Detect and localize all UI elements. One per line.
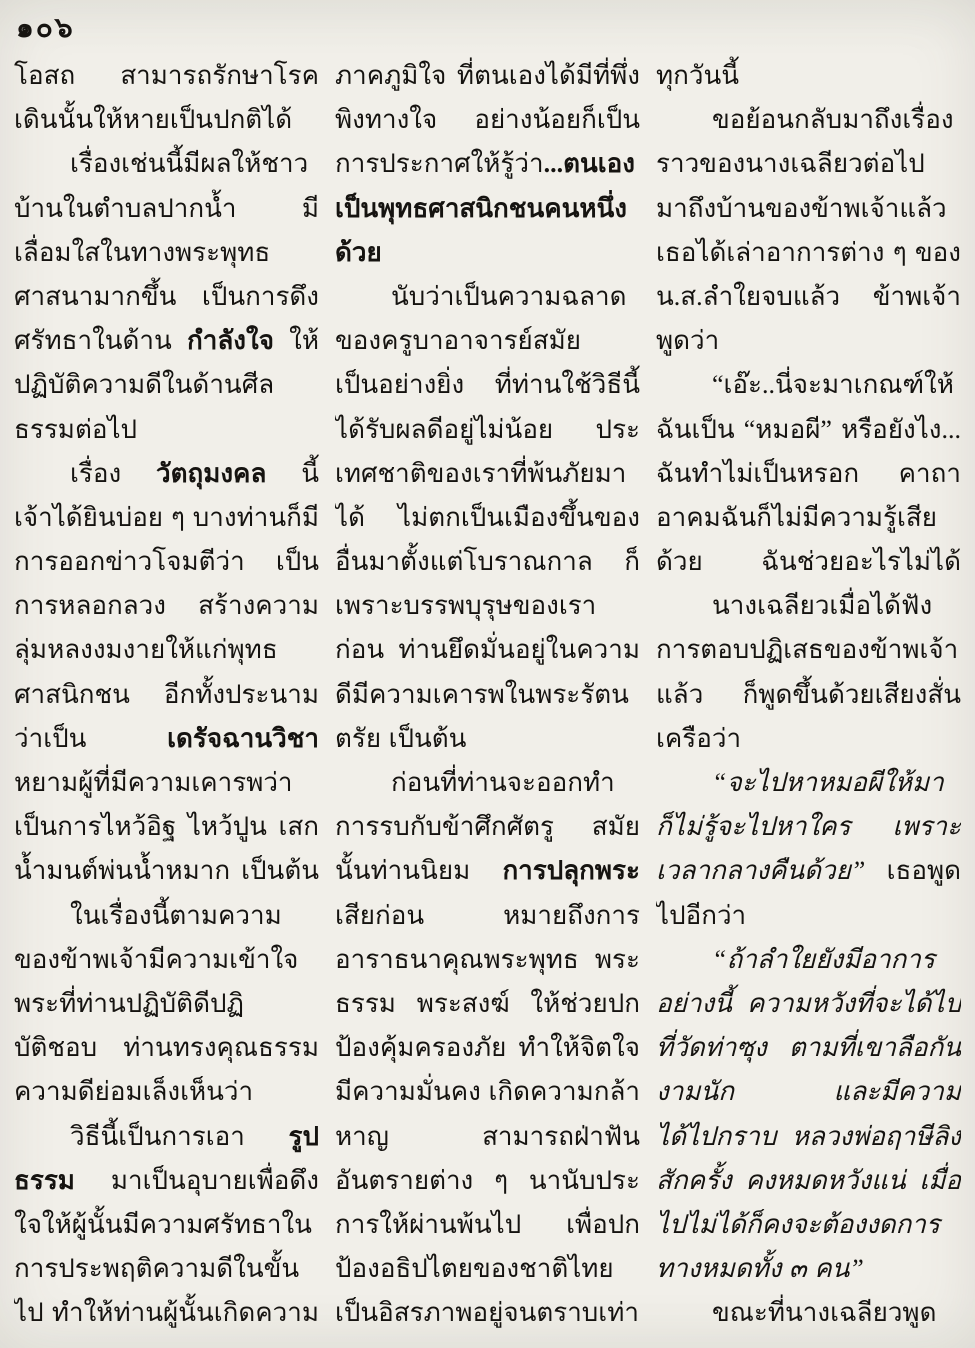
body-text: ตรัย เป็นต้น (335, 724, 466, 753)
text-line: ฉันเป็น “หมอผี” หรือยังไง... (656, 408, 961, 452)
body-text: การประกาศให้รู้ว่า (335, 149, 544, 178)
body-text: การหลอกลวง สร้างความ (14, 591, 319, 620)
body-text: ในเรื่องนี้ตามความเห็น (70, 901, 282, 938)
body-text: ธรรม พระสงฆ์ ให้ช่วยปก (335, 989, 640, 1018)
text-line: “ถ้าลำใยยังมีอาการอยู่ (656, 938, 961, 982)
body-text: ปฏิบัติความดีในด้านศีล (14, 370, 274, 399)
body-text: เธอได้เล่าอาการต่าง ๆ ของ (656, 238, 961, 267)
text-line: โอสถ สามารถรักษาโรคท้อง (14, 54, 319, 98)
quote-text: สักครั้ง คงหมดหวังแน่ เมื่อลำใย (656, 1166, 961, 1203)
body-text: นางเฉลียวเมื่อได้ฟัง (712, 591, 932, 620)
body-text: การรบกับข้าศึกศัตรู สมัย (335, 812, 640, 841)
text-line: เจ้าได้ยินบ่อย ๆ บางท่านก็มี (14, 496, 319, 540)
text-line: ไปอีกว่า (656, 894, 961, 938)
body-text: เสียก่อน หมายถึงการ (335, 901, 640, 930)
body-text: ไปอีกว่า (656, 901, 746, 930)
text-line: “เอ๊ะ..นี่จะมาเกณฑ์ให้ (656, 363, 961, 407)
body-text: การออกข่าวโจมตีว่า เป็น (14, 547, 319, 576)
body-text: การให้ผ่านพ้นไป เพื่อปก (335, 1210, 640, 1239)
text-line: ฉันทำไม่เป็นหรอก คาถา (656, 452, 961, 496)
body-text: มีความมั่นคง เกิดความกล้า (335, 1077, 640, 1106)
body-text: ภาคภูมิใจ ที่ตนเองได้มีที่พึ่ง (335, 61, 640, 90)
body-text: อันตรายต่าง ๆ นานับประ (335, 1166, 640, 1195)
text-line: เดินนั้นให้หายเป็นปกติได้ (14, 98, 319, 142)
text-line: ศรัทธาในด้าน กำลังใจ ให้รู้จัก (14, 319, 319, 363)
text-line: มีความมั่นคง เกิดความกล้า (335, 1070, 640, 1114)
text-line: การตอบปฏิเสธของข้าพเจ้า (656, 628, 961, 672)
quote-text: งามนัก และมีความปรารถนาจะ (656, 1077, 961, 1114)
text-line: ของครูบาอาจารย์สมัยโบราณ (335, 319, 640, 363)
text-line: น้ำมนต์พ่นน้ำหมาก เป็นต้น (14, 849, 319, 893)
text-line: น.ส.ลำใยจบแล้ว ข้าพเจ้าจึง (656, 275, 961, 319)
body-text: หาญ สามารถฝ่าฟันอุปสรรค (335, 1122, 640, 1159)
body-text: พูดว่า (656, 326, 719, 355)
body-text: ความดีย่อมเล็งเห็นว่า (14, 1077, 253, 1106)
text-line: แล้ว ก็พูดขึ้นด้วยเสียงสั่น (656, 673, 961, 717)
text-line: เพราะบรรพบุรุษของเราสมัย (335, 584, 640, 628)
quote-text: ทางหมดทั้ง ๓ คน” (656, 1254, 864, 1283)
body-text: โอสถ สามารถรักษาโรคท้อง (14, 61, 319, 98)
body-text: การประพฤติความดีในขั้นต่อ (14, 1254, 299, 1291)
body-text: เป็นการไหว้อิฐ ไหว้ปูน เสก (14, 812, 319, 841)
text-line: ด้วย ฉันช่วยอะไรไม่ได้หรอก” (656, 540, 961, 584)
text-line: ภาคภูมิใจ ที่ตนเองได้มีที่พึ่ง (335, 54, 640, 98)
emphasis-text: เดรัจฉานวิชา (167, 724, 319, 753)
text-line: ในเรื่องนี้ตามความเห็น (14, 894, 319, 938)
body-text: ราวของนางเฉลียวต่อไป เมื่อ (656, 149, 925, 186)
text-line: ก่อนที่ท่านจะออกทำ (335, 761, 640, 805)
emphasis-text: ด้วย (335, 238, 382, 267)
body-text: ก่อนที่ท่านจะออกทำ (391, 768, 615, 797)
body-text: ศรัทธาในด้าน (14, 326, 187, 355)
text-line: สักครั้ง คงหมดหวังแน่ เมื่อลำใย (656, 1159, 961, 1203)
body-text: เป็นอิสรภาพอยู่จนตราบเท่า (335, 1298, 639, 1327)
text-line: วิธีนี้เป็นการเอา รูป (14, 1115, 319, 1159)
body-text: ป้องอธิปไตยของชาติไทย ให้ (335, 1254, 614, 1291)
text-line: เป็นการไหว้อิฐ ไหว้ปูน เสก (14, 805, 319, 849)
text-line: หยามผู้ที่มีความเคารพว่า (14, 761, 319, 805)
text-line: การประพฤติความดีในขั้นต่อ (14, 1247, 319, 1291)
emphasis-text: เป็นพุทธศาสนิกชนคนหนึ่ง (335, 194, 627, 223)
body-text: ขอย้อนกลับมาถึงเรื่อง (712, 105, 954, 134)
body-text: นั้นท่านนิยม (335, 856, 502, 885)
body-text: วิธีนี้เป็นการเอา (70, 1122, 289, 1151)
body-text: พิงทางใจ อย่างน้อยก็เป็น (335, 105, 640, 134)
body-text: “เอ๊ะ..นี่จะมาเกณฑ์ให้ (712, 370, 954, 399)
text-column-1: โอสถ สามารถรักษาโรคท้องเดินนั้นให้หายเป็… (14, 54, 319, 1335)
emphasis-text: การปลุกพระ (502, 856, 640, 885)
emphasis-text: รูป (289, 1122, 319, 1151)
body-text: เทศชาติของเราที่พ้นภัยมา (335, 459, 626, 488)
body-text: ของข้าพเจ้ามีความเข้าใจว่า (14, 945, 298, 982)
quote-text: ได้ไปกราบ หลวงพ่อฤาษีลิงดำ (656, 1122, 961, 1159)
text-line: ก่อน ท่านยึดมั่นอยู่ในความ (335, 628, 640, 672)
body-text: เพราะบรรพบุรุษของเราสมัย (335, 591, 596, 628)
text-line: ไปไม่ได้ก็คงจะต้องงดการเดิน (656, 1203, 961, 1247)
quote-text: “จะไปหาหมอผีให้มาไล่ (712, 768, 944, 805)
text-line: ขอย้อนกลับมาถึงเรื่อง (656, 98, 961, 142)
body-text: ก่อน ท่านยึดมั่นอยู่ในความ (335, 635, 640, 664)
quote-text: เวลากลางคืนด้วย” (656, 856, 865, 885)
body-text: เจ้าได้ยินบ่อย ๆ บางท่านก็มี (14, 503, 319, 532)
text-line: ที่วัดท่าซุง ตามที่เขาลือกันว่าสวย (656, 1026, 961, 1070)
text-line: ด้วย (335, 231, 640, 275)
text-line: ธรรมต่อไป (14, 408, 319, 452)
text-line: พูดว่า (656, 319, 961, 363)
text-line: มาถึงบ้านของข้าพเจ้าแล้ว (656, 187, 961, 231)
body-text: อาคมฉันก็ไม่มีความรู้เสีย (656, 503, 937, 532)
text-line: การออกข่าวโจมตีว่า เป็น (14, 540, 319, 584)
body-text: ทุกวันนี้ (656, 61, 739, 90)
quote-text: “ถ้าลำใยยังมีอาการอยู่ (712, 945, 935, 982)
text-line: เสียก่อน หมายถึงการ (335, 894, 640, 938)
body-text: ลุ่มหลงงมงายให้แก่พุทธ (14, 635, 278, 664)
text-line: ได้ไปกราบ หลวงพ่อฤาษีลิงดำ (656, 1115, 961, 1159)
text-line: ป้องคุ้มครองภัย ทำให้จิตใจ (335, 1026, 640, 1070)
text-line: พระที่ท่านปฏิบัติดีปฏิ (14, 982, 319, 1026)
quote-text: อย่างนี้ ความหวังที่จะได้ไปเห็น (656, 989, 961, 1026)
text-line: เป็นอิสรภาพอยู่จนตราบเท่า (335, 1291, 640, 1335)
text-line: เธอได้เล่าอาการต่าง ๆ ของ (656, 231, 961, 275)
body-text: เครือว่า (656, 724, 741, 753)
scanned-book-page: ๑๐๖ โอสถ สามารถรักษาโรคท้องเดินนั้นให้หา… (0, 0, 975, 1348)
text-line: ปฏิบัติความดีในด้านศีล (14, 363, 319, 407)
text-line: เวลากลางคืนด้วย” เธอพูดต่อ (656, 849, 961, 893)
body-text: ไป ทำให้ท่านผู้นั้นเกิดความ (14, 1298, 319, 1327)
text-line: พิงทางใจ อย่างน้อยก็เป็น (335, 98, 640, 142)
body-text: ศาสนามากขึ้น เป็นการดึง (14, 282, 319, 311)
body-text: ได้รับผลดีอยู่ไม่น้อย ประ (335, 415, 640, 444)
body-text: ได้ ไม่ตกเป็นเมืองขึ้นของชาติ (335, 503, 640, 540)
text-line: อันตรายต่าง ๆ นานับประ (335, 1159, 640, 1203)
text-line: ความดีย่อมเล็งเห็นว่า (14, 1070, 319, 1114)
text-column-2: ภาคภูมิใจ ที่ตนเองได้มีที่พึ่งพิงทางใจ อ… (335, 54, 640, 1335)
body-text: อาราธนาคุณพระพุทธ พระ (335, 945, 640, 974)
body-text: ของครูบาอาจารย์สมัยโบราณ (335, 326, 581, 363)
body-text: ว่าเป็น (14, 724, 167, 753)
text-line: ก็ไม่รู้จะไปหาใคร เพราะเป็น (656, 805, 961, 849)
body-text: น้ำมนต์พ่นน้ำหมาก เป็นต้น (14, 856, 319, 885)
quote-text: ไปไม่ได้ก็คงจะต้องงดการเดิน (656, 1210, 940, 1247)
text-line: นับว่าเป็นความฉลาด (335, 275, 640, 319)
body-text: ด้วย ฉันช่วยอะไรไม่ได้หรอก” (656, 547, 961, 584)
body-text: บ้านในตำบลปากน้ำ มีความ (14, 194, 319, 231)
text-line: ทางหมดทั้ง ๓ คน” (656, 1247, 961, 1291)
text-line: “จะไปหาหมอผีให้มาไล่ (656, 761, 961, 805)
text-line: การประกาศให้รู้ว่า...ตนเองก็ (335, 142, 640, 186)
text-line: การให้ผ่านพ้นไป เพื่อปก (335, 1203, 640, 1247)
quote-text: ที่วัดท่าซุง ตามที่เขาลือกันว่าสวย (656, 1033, 961, 1070)
body-text: หยามผู้ที่มีความเคารพว่า (14, 768, 293, 797)
text-line: ได้รับผลดีอยู่ไม่น้อย ประ (335, 408, 640, 452)
text-line: การรบกับข้าศึกศัตรู สมัย (335, 805, 640, 849)
text-line: ใจให้ผู้นั้นมีความศรัทธาใน (14, 1203, 319, 1247)
text-line: ว่าเป็น เดรัจฉานวิชา เหยียด (14, 717, 319, 761)
body-text: เดินนั้นให้หายเป็นปกติได้ (14, 105, 292, 134)
text-line: ทุกวันนี้ (656, 54, 961, 98)
body-text: ธรรมต่อไป (14, 415, 137, 444)
emphasis-text: ธรรม (14, 1166, 75, 1195)
body-text: ศาสนิกชน อีกทั้งประนาม (14, 680, 319, 709)
body-text: ฉันเป็น “หมอผี” หรือยังไง... (656, 415, 961, 444)
text-line: ราวของนางเฉลียวต่อไป เมื่อ (656, 142, 961, 186)
text-line: เครือว่า (656, 717, 961, 761)
body-text: มาถึงบ้านของข้าพเจ้าแล้ว (656, 194, 947, 223)
text-line: อย่างนี้ ความหวังที่จะได้ไปเห็น (656, 982, 961, 1026)
text-line: เรื่อง วัตถุมงคล นี้ ข้าพ (14, 452, 319, 496)
emphasis-text: กำลังใจ (187, 326, 274, 355)
text-line: ลุ่มหลงงมงายให้แก่พุทธ (14, 628, 319, 672)
text-line: ได้ ไม่ตกเป็นเมืองขึ้นของชาติ (335, 496, 640, 540)
text-line: บ้านในตำบลปากน้ำ มีความ (14, 187, 319, 231)
body-text: ขณะที่นางเฉลียวพูด (712, 1298, 936, 1327)
text-line: การหลอกลวง สร้างความ (14, 584, 319, 628)
body-text: น.ส.ลำใยจบแล้ว ข้าพเจ้าจึง (656, 282, 961, 319)
text-line: ดีมีความเคารพในพระรัตน (335, 673, 640, 717)
quote-text: ก็ไม่รู้จะไปหาใคร เพราะเป็น (656, 812, 961, 849)
body-text: เรื่อง (70, 459, 156, 488)
text-line: อื่นมาตั้งแต่โบราณกาล ก็ (335, 540, 640, 584)
text-line: ศาสนิกชน อีกทั้งประนาม (14, 673, 319, 717)
body-text: การตอบปฏิเสธของข้าพเจ้า (656, 635, 958, 664)
text-columns: โอสถ สามารถรักษาโรคท้องเดินนั้นให้หายเป็… (14, 54, 961, 1335)
text-line: นั้นท่านนิยม การปลุกพระ (335, 849, 640, 893)
body-text: ใจให้ผู้นั้นมีความศรัทธาใน (14, 1210, 312, 1239)
page-number: ๑๐๖ (16, 6, 75, 50)
text-line: เป็นพุทธศาสนิกชนคนหนึ่ง (335, 187, 640, 231)
text-line: ธรรม มาเป็นอุบายเพื่อดึงจิต (14, 1159, 319, 1203)
body-text: บัติชอบ ท่านทรงคุณธรรม (14, 1033, 319, 1062)
body-text: อื่นมาตั้งแต่โบราณกาล ก็ (335, 547, 640, 576)
emphasis-text: วัตถุมงคล (156, 459, 266, 488)
body-text: เลื่อมใสในทางพระพุทธ (14, 238, 270, 267)
text-line: งามนัก และมีความปรารถนาจะ (656, 1070, 961, 1114)
body-text: เรื่องเช่นนี้มีผลให้ชาว (70, 149, 308, 178)
text-line: เป็นอย่างยิ่ง ที่ท่านใช้วิธีนี้ซึ่ง (335, 363, 640, 407)
body-text: พระที่ท่านปฏิบัติดีปฏิ (14, 989, 244, 1018)
text-line: ของข้าพเจ้ามีความเข้าใจว่า (14, 938, 319, 982)
text-line: เทศชาติของเราที่พ้นภัยมา (335, 452, 640, 496)
text-line: ไป ทำให้ท่านผู้นั้นเกิดความ (14, 1291, 319, 1335)
text-line: เรื่องเช่นนี้มีผลให้ชาว (14, 142, 319, 186)
text-line: บัติชอบ ท่านทรงคุณธรรม (14, 1026, 319, 1070)
text-line: หาญ สามารถฝ่าฟันอุปสรรค (335, 1115, 640, 1159)
text-line: ขณะที่นางเฉลียวพูด (656, 1291, 961, 1335)
text-line: อาราธนาคุณพระพุทธ พระ (335, 938, 640, 982)
body-text: เป็นอย่างยิ่ง ที่ท่านใช้วิธีนี้ซึ่ง (335, 370, 640, 407)
body-text: แล้ว ก็พูดขึ้นด้วยเสียงสั่น (656, 680, 961, 709)
text-line: เลื่อมใสในทางพระพุทธ (14, 231, 319, 275)
text-line: อาคมฉันก็ไม่มีความรู้เสีย (656, 496, 961, 540)
text-line: ธรรม พระสงฆ์ ให้ช่วยปก (335, 982, 640, 1026)
body-text: ป้องคุ้มครองภัย ทำให้จิตใจ (335, 1033, 640, 1062)
text-column-3: ทุกวันนี้ขอย้อนกลับมาถึงเรื่องราวของนางเ… (656, 54, 961, 1335)
text-line: ตรัย เป็นต้น (335, 717, 640, 761)
text-line: นางเฉลียวเมื่อได้ฟัง (656, 584, 961, 628)
body-text: ดีมีความเคารพในพระรัตน (335, 680, 629, 709)
text-line: ป้องอธิปไตยของชาติไทย ให้ (335, 1247, 640, 1291)
body-text: นับว่าเป็นความฉลาด (391, 282, 627, 311)
text-line: ศาสนามากขึ้น เป็นการดึง (14, 275, 319, 319)
body-text: ฉันทำไม่เป็นหรอก คาถา (656, 459, 961, 488)
